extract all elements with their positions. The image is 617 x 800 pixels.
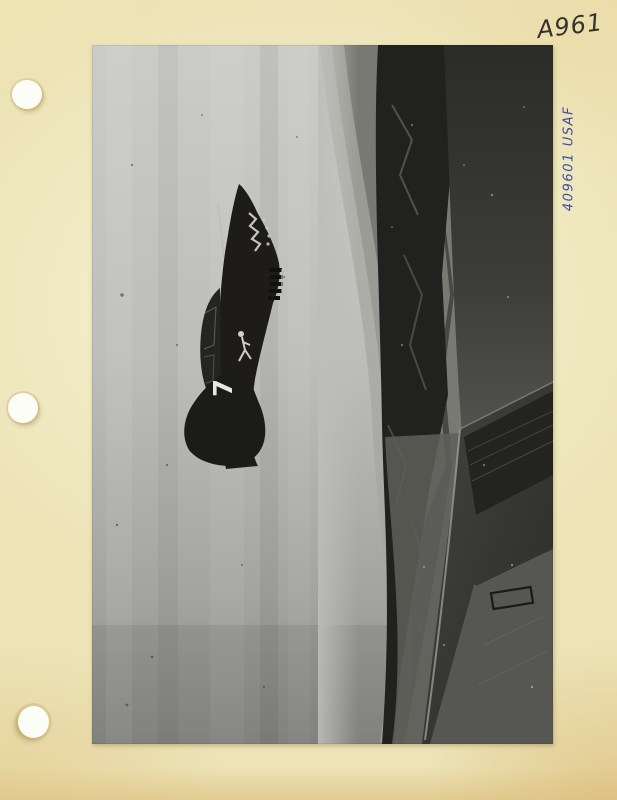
photo-caption-text: 409601 USAF xyxy=(562,105,577,211)
photo-image: 7 xyxy=(92,45,553,744)
photograph: 7 xyxy=(92,45,553,744)
punch-hole xyxy=(18,706,49,738)
photo-caption: 409601 USAF xyxy=(556,96,582,220)
fuselage-number: 7 xyxy=(209,379,239,397)
catalog-number: A961 xyxy=(536,8,605,44)
punch-hole xyxy=(12,80,42,109)
album-page: A961 xyxy=(0,0,617,800)
punch-hole xyxy=(8,393,38,423)
